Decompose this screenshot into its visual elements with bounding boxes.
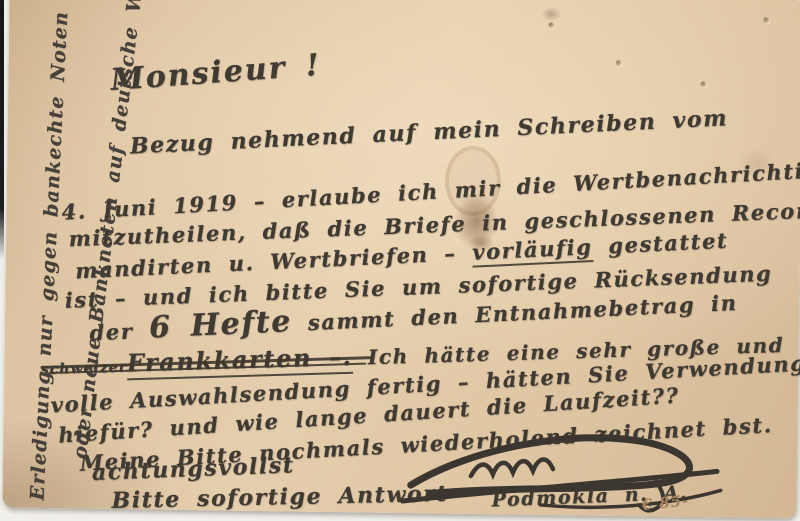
pinhole bbox=[763, 17, 769, 23]
handwriting-line-1: Bezug nehmend auf mein Schreiben vom bbox=[130, 107, 729, 157]
handwriting-line-11: achtungsvollst bbox=[92, 454, 295, 484]
scanner-edge-strip bbox=[0, 0, 4, 260]
postcard-scan: Monsieur ! Bezug nehmend auf mein Schrei… bbox=[2, 0, 800, 519]
underlined-word-vorlaeufig: vorläufig bbox=[472, 234, 593, 268]
pinhole bbox=[548, 22, 554, 28]
line-4-tail: gestattet bbox=[592, 228, 729, 259]
handwriting-line-12: Bitte sofortige Antwort bbox=[111, 483, 448, 512]
pinhole bbox=[700, 81, 706, 87]
stain-top-smudge bbox=[541, 7, 561, 21]
emphasized-6-hefte: 6 Hefte bbox=[148, 304, 292, 346]
salutation: Monsieur ! bbox=[110, 51, 322, 96]
pinhole bbox=[616, 60, 622, 66]
